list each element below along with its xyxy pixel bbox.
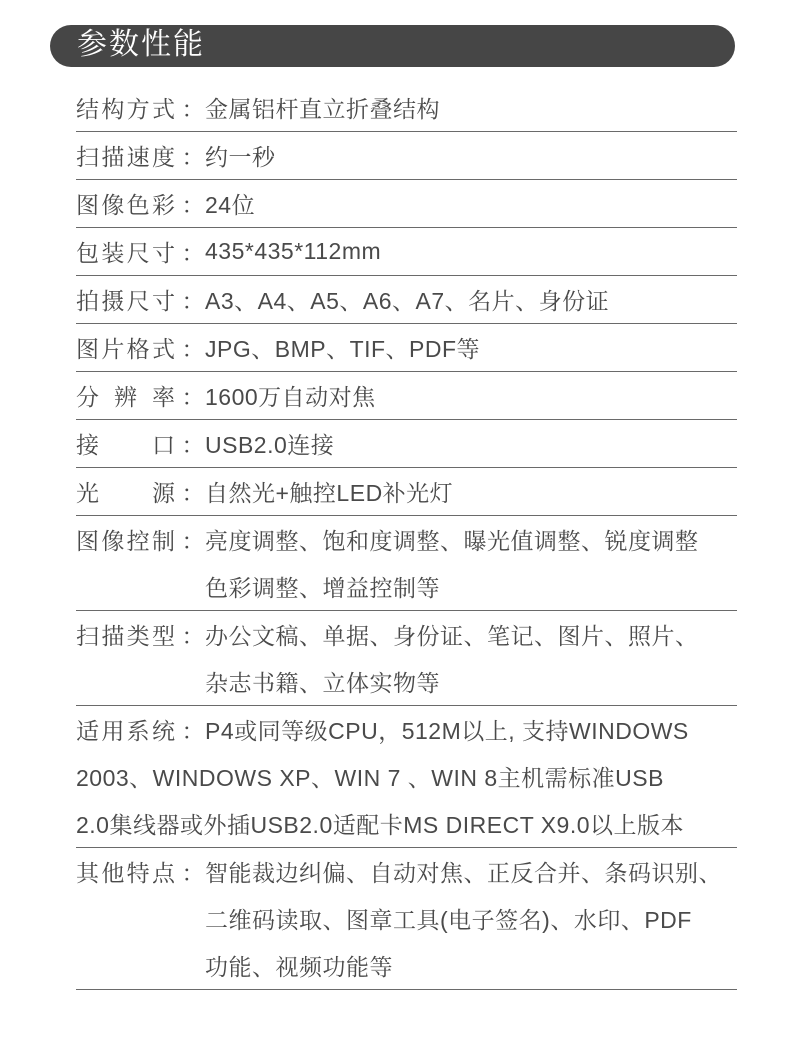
- section-title: 参数性能: [77, 30, 205, 63]
- spec-label-colon: ：: [182, 235, 206, 268]
- spec-label-interface: 接口：: [76, 427, 205, 460]
- spec-label-text: 扫描类型: [76, 618, 176, 651]
- spec-table: 结构方式：金属铝杆直立折叠结构扫描速度：约一秒图像色彩：24位包装尺寸：435*…: [76, 84, 737, 990]
- spec-label-light-source: 光源：: [76, 475, 205, 508]
- spec-label-colon: ：: [182, 855, 206, 888]
- spec-label-text: 分辨率: [76, 379, 176, 412]
- spec-label-text: 适用系统: [76, 713, 176, 746]
- spec-label-system: 适用系统：: [76, 713, 205, 746]
- spec-row-image-control: 图像控制：亮度调整、饱和度调整、曝光值调整、锐度调整色彩调整、增益控制等: [76, 516, 737, 611]
- spec-label-colon: ：: [182, 187, 206, 220]
- spec-label-image-control: 图像控制：: [76, 523, 205, 556]
- section-header-bar: 参数性能: [50, 25, 735, 67]
- spec-label-text: 接口: [76, 427, 176, 460]
- spec-label-text: 结构方式: [76, 91, 176, 124]
- spec-label-colon: ：: [182, 523, 206, 556]
- spec-label-colon: ：: [182, 283, 206, 316]
- spec-line: 色彩调整、增益控制等: [76, 563, 737, 610]
- spec-label-text: 光源: [76, 475, 176, 508]
- spec-label-text: 图片格式: [76, 331, 176, 364]
- spec-value: 金属铝杆直立折叠结构: [205, 91, 440, 124]
- spec-value: 办公文稿、单据、身份证、笔记、图片、照片、: [205, 618, 699, 651]
- spec-row-package-size: 包装尺寸：435*435*112mm: [76, 228, 737, 276]
- spec-line: 二维码读取、图章工具(电子签名)、水印、PDF: [76, 895, 737, 942]
- spec-line: 扫描速度：约一秒: [76, 132, 737, 179]
- spec-label-package-size: 包装尺寸：: [76, 235, 205, 268]
- spec-row-scan-type: 扫描类型：办公文稿、单据、身份证、笔记、图片、照片、杂志书籍、立体实物等: [76, 611, 737, 706]
- spec-line: 光源：自然光+触控LED补光灯: [76, 468, 737, 515]
- spec-value: 功能、视频功能等: [205, 949, 393, 982]
- spec-line: 功能、视频功能等: [76, 942, 737, 989]
- spec-row-system: 适用系统：P4或同等级CPU，512M以上, 支持WINDOWS2003、WIN…: [76, 706, 737, 848]
- spec-label-colon: ：: [182, 139, 206, 172]
- spec-value: JPG、BMP、TIF、PDF等: [205, 331, 480, 364]
- spec-row-resolution: 分辨率：1600万自动对焦: [76, 372, 737, 420]
- spec-value: 1600万自动对焦: [205, 379, 376, 412]
- spec-label-colon: ：: [182, 379, 206, 412]
- product-spec-sheet: 参数性能 结构方式：金属铝杆直立折叠结构扫描速度：约一秒图像色彩：24位包装尺寸…: [0, 0, 790, 1053]
- spec-row-image-color: 图像色彩：24位: [76, 180, 737, 228]
- spec-value: 亮度调整、饱和度调整、曝光值调整、锐度调整: [205, 523, 699, 556]
- spec-label-colon: ：: [182, 331, 206, 364]
- spec-line: 接口：USB2.0连接: [76, 420, 737, 467]
- spec-label-image-color: 图像色彩：: [76, 187, 205, 220]
- spec-label-other-features: 其他特点：: [76, 855, 205, 888]
- spec-value: 自然光+触控LED补光灯: [205, 475, 453, 508]
- spec-line: 分辨率：1600万自动对焦: [76, 372, 737, 419]
- spec-value: 二维码读取、图章工具(电子签名)、水印、PDF: [205, 902, 692, 935]
- spec-line: 拍摄尺寸：A3、A4、A5、A6、A7、名片、身份证: [76, 276, 737, 323]
- spec-line: 结构方式：金属铝杆直立折叠结构: [76, 84, 737, 131]
- spec-line: 其他特点：智能裁边纠偏、自动对焦、正反合并、条码识别、: [76, 848, 737, 895]
- spec-line: 图像色彩：24位: [76, 180, 737, 227]
- spec-line: 包装尺寸：435*435*112mm: [76, 228, 737, 275]
- spec-value: 色彩调整、增益控制等: [205, 570, 440, 603]
- spec-line: 2003、WINDOWS XP、WIN 7 、WIN 8主机需标准USB: [76, 753, 737, 800]
- spec-label-resolution: 分辨率：: [76, 379, 205, 412]
- spec-row-light-source: 光源：自然光+触控LED补光灯: [76, 468, 737, 516]
- spec-label-image-format: 图片格式：: [76, 331, 205, 364]
- spec-label-colon: ：: [182, 713, 206, 746]
- spec-label-text: 拍摄尺寸: [76, 283, 176, 316]
- spec-label-text: 图像色彩: [76, 187, 176, 220]
- spec-value: 2003、WINDOWS XP、WIN 7 、WIN 8主机需标准USB: [76, 760, 664, 793]
- spec-row-structure: 结构方式：金属铝杆直立折叠结构: [76, 84, 737, 132]
- spec-label-scan-type: 扫描类型：: [76, 618, 205, 651]
- spec-label-scan-speed: 扫描速度：: [76, 139, 205, 172]
- spec-line: 图像控制：亮度调整、饱和度调整、曝光值调整、锐度调整: [76, 516, 737, 563]
- spec-line: 图片格式：JPG、BMP、TIF、PDF等: [76, 324, 737, 371]
- spec-label-colon: ：: [182, 475, 206, 508]
- spec-value: P4或同等级CPU，512M以上, 支持WINDOWS: [205, 713, 689, 746]
- spec-value: 24位: [205, 187, 255, 220]
- spec-line: 杂志书籍、立体实物等: [76, 658, 737, 705]
- spec-value: A3、A4、A5、A6、A7、名片、身份证: [205, 283, 609, 316]
- spec-label-colon: ：: [182, 91, 206, 124]
- spec-line: 2.0集线器或外插USB2.0适配卡MS DIRECT X9.0以上版本: [76, 800, 737, 847]
- spec-value: 杂志书籍、立体实物等: [205, 665, 440, 698]
- spec-value: 智能裁边纠偏、自动对焦、正反合并、条码识别、: [205, 855, 722, 888]
- spec-row-other-features: 其他特点：智能裁边纠偏、自动对焦、正反合并、条码识别、二维码读取、图章工具(电子…: [76, 848, 737, 990]
- spec-label-text: 包装尺寸: [76, 235, 176, 268]
- spec-label-capture-size: 拍摄尺寸：: [76, 283, 205, 316]
- spec-label-text: 图像控制: [76, 523, 176, 556]
- spec-value: 2.0集线器或外插USB2.0适配卡MS DIRECT X9.0以上版本: [76, 807, 684, 840]
- spec-label-text: 其他特点: [76, 855, 176, 888]
- spec-row-capture-size: 拍摄尺寸：A3、A4、A5、A6、A7、名片、身份证: [76, 276, 737, 324]
- spec-value: 435*435*112mm: [205, 238, 381, 265]
- spec-label-colon: ：: [182, 427, 206, 460]
- spec-label-text: 扫描速度: [76, 139, 176, 172]
- spec-row-scan-speed: 扫描速度：约一秒: [76, 132, 737, 180]
- spec-label-colon: ：: [182, 618, 206, 651]
- spec-value: 约一秒: [205, 139, 276, 172]
- spec-row-interface: 接口：USB2.0连接: [76, 420, 737, 468]
- spec-row-image-format: 图片格式：JPG、BMP、TIF、PDF等: [76, 324, 737, 372]
- spec-line: 扫描类型：办公文稿、单据、身份证、笔记、图片、照片、: [76, 611, 737, 658]
- spec-line: 适用系统：P4或同等级CPU，512M以上, 支持WINDOWS: [76, 706, 737, 753]
- spec-value: USB2.0连接: [205, 427, 334, 460]
- spec-label-structure: 结构方式：: [76, 91, 205, 124]
